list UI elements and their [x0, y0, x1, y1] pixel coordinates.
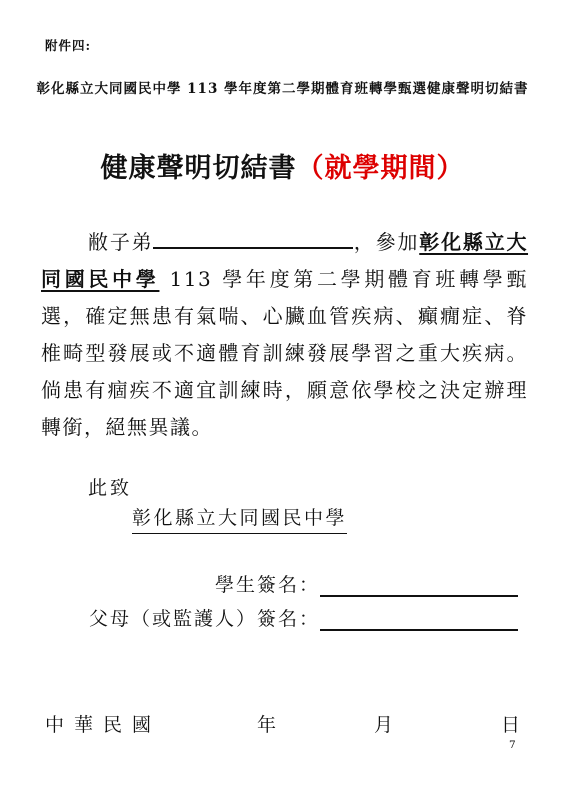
student-signature-row: 學生簽名：	[0, 570, 518, 597]
document-title-main: 健康聲明切結書	[101, 153, 297, 184]
paragraph-rest: 113 學年度第二學期體育班轉學甄選，確定無患有氣喘、心臟血管疾病、癲癇症、脊椎…	[41, 267, 528, 439]
student-name-blank	[153, 229, 353, 249]
student-signature-line	[320, 575, 518, 597]
parent-signature-label: 父母（或監護人）簽名：	[89, 604, 320, 631]
document-page: 附件四: 彰化縣立大同國民中學 113 學年度第二學期體育班轉學甄選健康聲明切結…	[0, 0, 565, 800]
declaration-paragraph: 敝子弟，參加彰化縣立大同國民中學 113 學年度第二學期體育班轉學甄選，確定無患…	[41, 224, 528, 446]
paragraph-after-blank: ，參加	[353, 230, 419, 254]
parent-signature-line	[320, 609, 518, 631]
year-label: 年	[257, 710, 276, 737]
salutation: 此致	[88, 473, 132, 500]
student-signature-label: 學生簽名：	[215, 570, 320, 597]
roc-era-label: 中華民國	[45, 710, 161, 737]
page-number: 7	[509, 739, 516, 751]
parent-signature-row: 父母（或監護人）簽名：	[0, 604, 518, 631]
roc-date-row: 中華民國 年 月 日	[0, 710, 565, 736]
recipient-school-name: 彰化縣立大同國民中學	[132, 503, 347, 534]
document-title-period-note: （就學期間）	[297, 153, 465, 184]
document-subtitle: 彰化縣立大同國民中學 113 學年度第二學期體育班轉學甄選健康聲明切結書	[0, 77, 565, 97]
paragraph-intro: 敝子弟	[88, 230, 153, 254]
attachment-label: 附件四:	[45, 36, 91, 54]
document-title: 健康聲明切結書（就學期間）	[0, 146, 565, 185]
month-label: 月	[374, 710, 393, 737]
day-label: 日	[501, 710, 520, 737]
